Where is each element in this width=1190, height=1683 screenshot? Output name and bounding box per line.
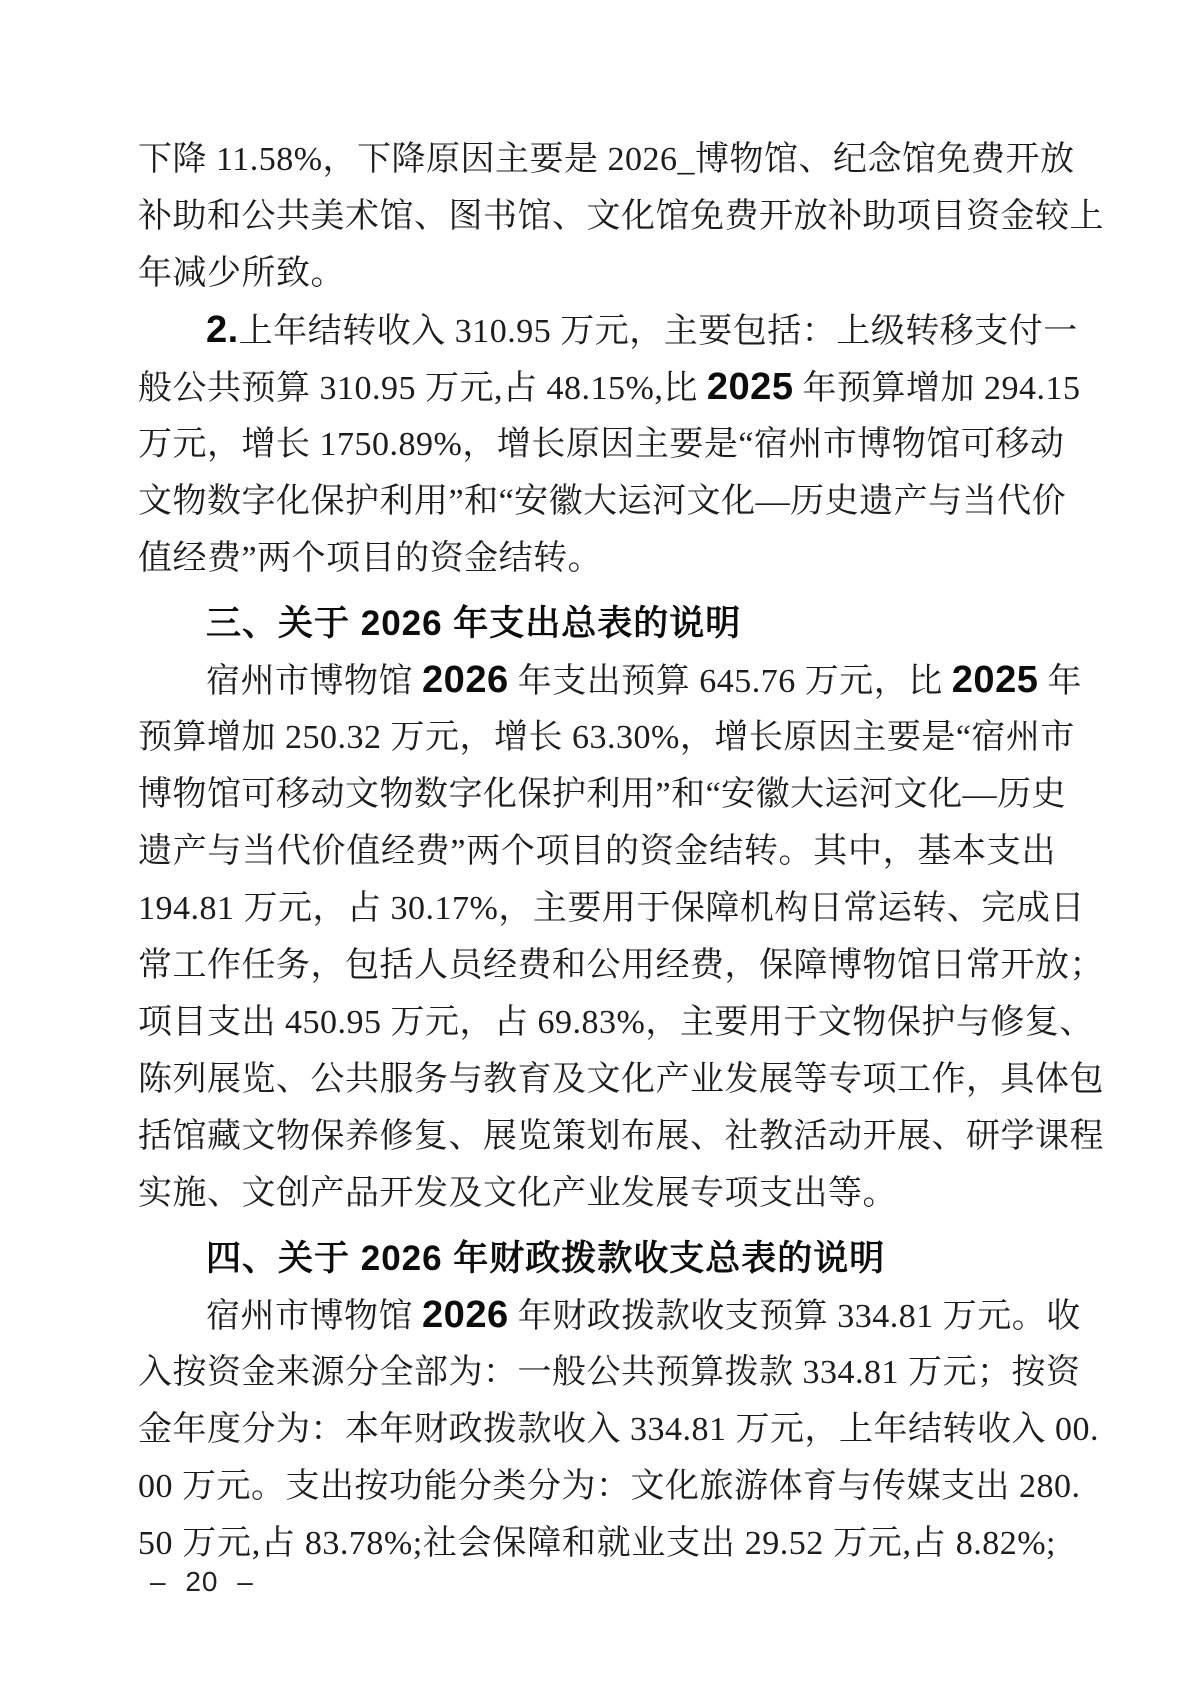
page-number: – 20 – — [150, 1566, 254, 1598]
section-heading: 四、关于 2026 年财政拨款收支总表的说明 — [138, 1230, 1056, 1287]
text-segment: 遗产与当代价值经费”两个项目的资金结转。其中，基本支出 — [138, 833, 1056, 870]
text-segment: 宿州市博物馆 — [206, 663, 422, 700]
text-segment: 实施、文创产品开发及文化产业发展专项支出等。 — [138, 1175, 897, 1212]
text-segment: 博物馆可移动文物数字化保护利用”和“安徽大运河文化—历史 — [138, 776, 1066, 813]
text-line: 常工作任务，包括人员经费和公用经费，保障博物馆日常开放； — [138, 937, 1056, 994]
text-segment: 上年结转收入 310.95 万元，主要包括：上级转移支付一 — [239, 313, 1078, 350]
text-segment: 年支出预算 645.76 万元，比 — [509, 663, 952, 700]
text-segment: 括馆藏文物保养修复、展览策划布展、社教活动开展、研学课程 — [138, 1118, 1104, 1155]
bold-text-segment: 2. — [206, 309, 239, 351]
text-line: 实施、文创产品开发及文化产业发展专项支出等。 — [138, 1165, 1056, 1222]
text-segment: 项目支出 450.95 万元，占 69.83%，主要用于文物保护与修复、 — [138, 1004, 1094, 1041]
text-line: 文物数字化保护利用”和“安徽大运河文化—历史遗产与当代价 — [138, 473, 1056, 530]
text-line: 博物馆可移动文物数字化保护利用”和“安徽大运河文化—历史 — [138, 766, 1056, 823]
text-segment: 年减少所致。 — [138, 255, 345, 292]
text-segment: 年 — [1038, 663, 1082, 700]
text-line: 年减少所致。 — [138, 245, 1056, 302]
text-line: 00 万元。支出按功能分类分为：文化旅游体育与传媒支出 280. — [138, 1458, 1056, 1515]
text-segment: 陈列展览、公共服务与教育及文化产业发展等专项工作，具体包 — [138, 1061, 1104, 1098]
text-segment: 般公共预算 310.95 万元,占 48.15%,比 — [138, 370, 707, 407]
text-line: 括馆藏文物保养修复、展览策划布展、社教活动开展、研学课程 — [138, 1108, 1056, 1165]
bold-text-segment: 2025 — [952, 659, 1039, 701]
text-line: 预算增加 250.32 万元，增长 63.30%，增长原因主要是“宿州市 — [138, 709, 1056, 766]
text-line: 补助和公共美术馆、图书馆、文化馆免费开放补助项目资金较上 — [138, 188, 1056, 245]
text-segment: 下降 11.58%，下降原因主要是 2026_博物馆、纪念馆免费开放 — [138, 141, 1075, 178]
text-line: 宿州市博物馆 2026 年支出预算 645.76 万元，比 2025 年 — [138, 652, 1056, 709]
text-segment: 194.81 万元，占 30.17%，主要用于保障机构日常运转、完成日 — [138, 890, 1085, 927]
text-segment: 文物数字化保护利用”和“安徽大运河文化—历史遗产与当代价 — [138, 483, 1066, 520]
text-line: 值经费”两个项目的资金结转。 — [138, 530, 1056, 587]
bold-text-segment: 三、关于 2026 年支出总表的说明 — [206, 604, 741, 643]
section-heading: 三、关于 2026 年支出总表的说明 — [138, 595, 1056, 652]
text-line: 宿州市博物馆 2026 年财政拨款收支预算 334.81 万元。收 — [138, 1287, 1056, 1344]
text-line: 遗产与当代价值经费”两个项目的资金结转。其中，基本支出 — [138, 823, 1056, 880]
text-line: 般公共预算 310.95 万元,占 48.15%,比 2025 年预算增加 29… — [138, 359, 1056, 416]
text-segment: 预算增加 250.32 万元，增长 63.30%，增长原因主要是“宿州市 — [138, 719, 1075, 756]
text-segment: 00 万元。支出按功能分类分为：文化旅游体育与传媒支出 280. — [138, 1468, 1081, 1505]
text-segment: 金年度分为：本年财政拨款收入 334.81 万元，上年结转收入 00. — [138, 1411, 1099, 1448]
bold-text-segment: 2025 — [707, 366, 794, 408]
text-line: 万元，增长 1750.89%，增长原因主要是“宿州市博物馆可移动 — [138, 416, 1056, 473]
text-segment: 万元，增长 1750.89%，增长原因主要是“宿州市博物馆可移动 — [138, 426, 1064, 463]
text-line: 194.81 万元，占 30.17%，主要用于保障机构日常运转、完成日 — [138, 880, 1056, 937]
text-line: 陈列展览、公共服务与教育及文化产业发展等专项工作，具体包 — [138, 1051, 1056, 1108]
text-segment: 补助和公共美术馆、图书馆、文化馆免费开放补助项目资金较上 — [138, 198, 1104, 235]
text-line: 下降 11.58%，下降原因主要是 2026_博物馆、纪念馆免费开放 — [138, 131, 1056, 188]
text-line: 2.上年结转收入 310.95 万元，主要包括：上级转移支付一 — [138, 302, 1056, 359]
text-line: 50 万元,占 83.78%;社会保障和就业支出 29.52 万元,占 8.82… — [138, 1515, 1056, 1572]
document-page: 下降 11.58%，下降原因主要是 2026_博物馆、纪念馆免费开放补助和公共美… — [0, 0, 1190, 1683]
text-segment: 值经费”两个项目的资金结转。 — [138, 540, 602, 577]
text-segment: 常工作任务，包括人员经费和公用经费，保障博物馆日常开放； — [138, 947, 1104, 984]
text-segment: 50 万元,占 83.78%;社会保障和就业支出 29.52 万元,占 8.82… — [138, 1525, 1056, 1562]
text-line: 入按资金来源分全部为：一般公共预算拨款 334.81 万元；按资 — [138, 1344, 1056, 1401]
bold-text-segment: 四、关于 2026 年财政拨款收支总表的说明 — [206, 1239, 885, 1278]
text-segment: 年财政拨款收支预算 334.81 万元。收 — [509, 1298, 1081, 1335]
text-segment: 入按资金来源分全部为：一般公共预算拨款 334.81 万元；按资 — [138, 1354, 1081, 1391]
text-segment: 宿州市博物馆 — [206, 1298, 422, 1335]
bold-text-segment: 2026 — [422, 659, 509, 701]
text-line: 金年度分为：本年财政拨款收入 334.81 万元，上年结转收入 00. — [138, 1401, 1056, 1458]
document-body: 下降 11.58%，下降原因主要是 2026_博物馆、纪念馆免费开放补助和公共美… — [138, 131, 1056, 1572]
bold-text-segment: 2026 — [422, 1294, 509, 1336]
text-line: 项目支出 450.95 万元，占 69.83%，主要用于文物保护与修复、 — [138, 994, 1056, 1051]
text-segment: 年预算增加 294.15 — [794, 370, 1081, 407]
